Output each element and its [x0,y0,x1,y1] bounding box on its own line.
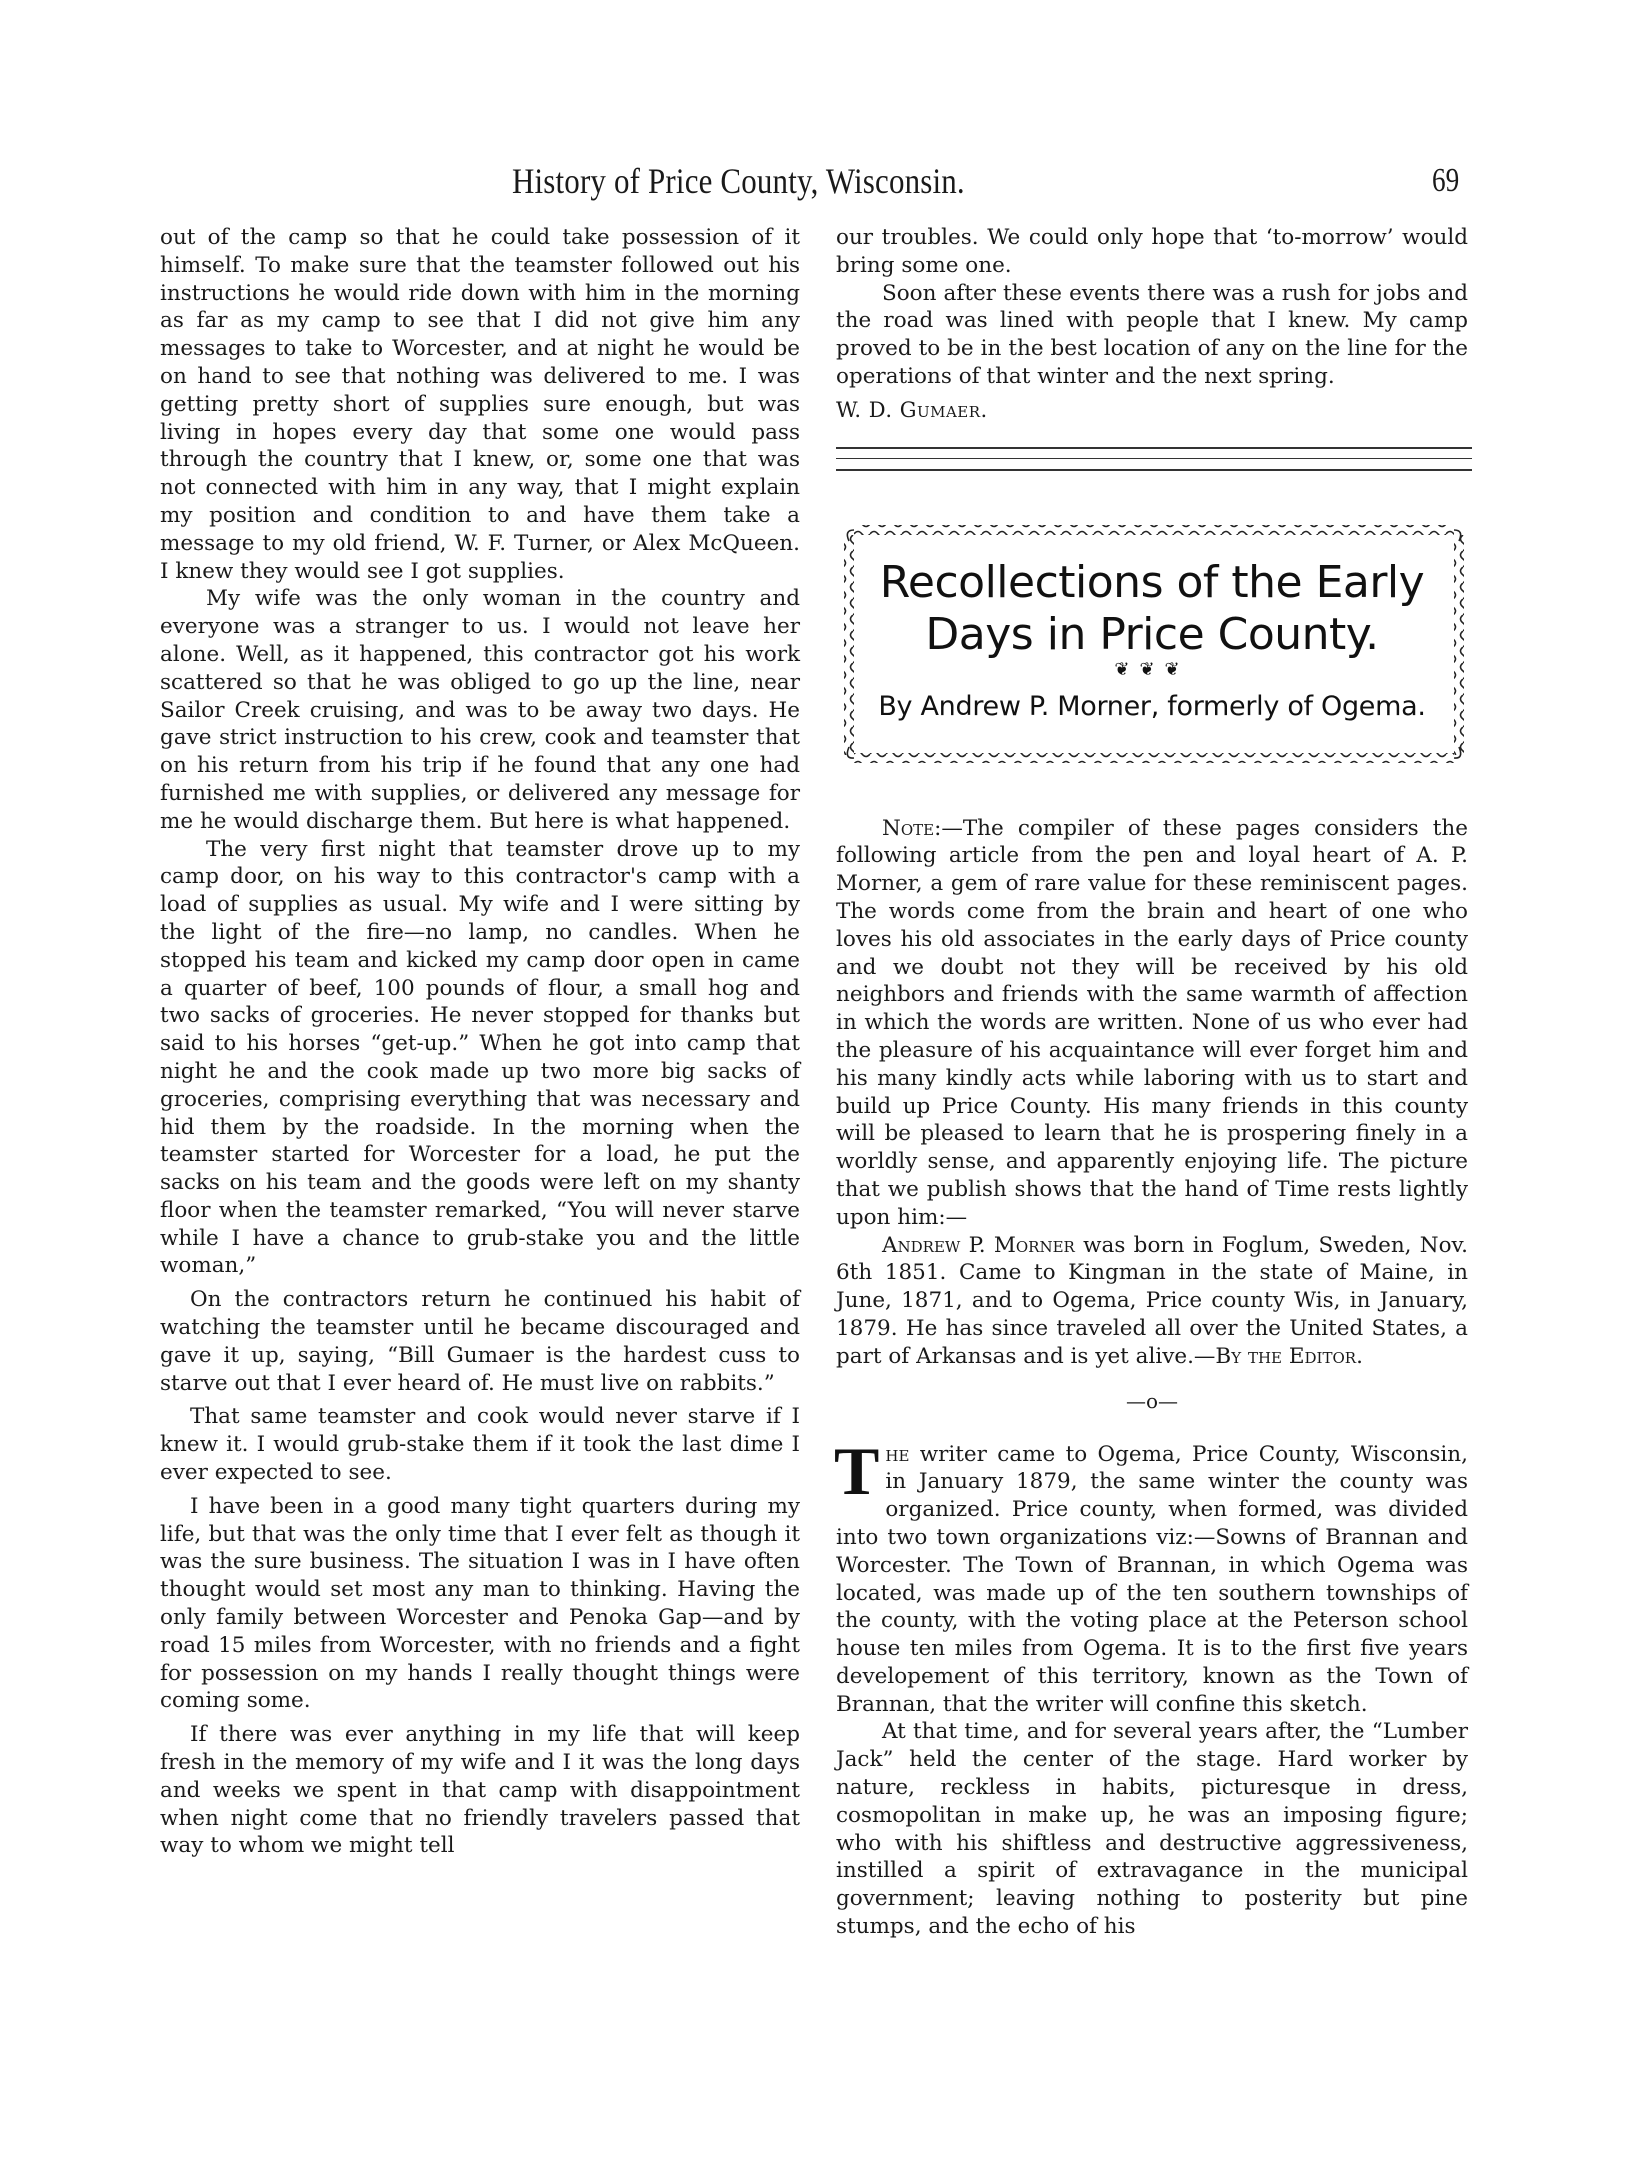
article-opening-paragraph: The writer came to Ogema, Price County, … [836,1441,1468,1719]
running-head: History of Price County, Wisconsin. 69 [0,160,1628,206]
article-title-line: Recollections of the Early [838,557,1466,609]
article-byline: By Andrew P. Morner, formerly of Ogema. [838,691,1466,722]
left-column: out of the camp so that he could take po… [160,224,800,1860]
paragraph: Soon after these events there was a rush… [836,280,1468,391]
paragraph: My wife was the only woman in the countr… [160,585,800,835]
paragraph: That same teamster and cook would never … [160,1403,800,1486]
right-column: our troubles. We could only hope that ‘t… [836,224,1468,1941]
drop-cap-continuation: he [885,1442,909,1467]
bio-name: Andrew P. Morner [882,1233,1075,1258]
paragraph: The very first night that teamster drove… [160,836,800,1281]
running-title: History of Price County, Wisconsin. [512,160,965,202]
rule-line [836,447,1472,449]
note-text: —The compiler of these pages considers t… [836,816,1468,1230]
paragraph-text: writer came to Ogema, Price County, Wisc… [836,1442,1468,1717]
section-divider-rules [836,447,1468,473]
paragraph: If there was ever anything in my life th… [160,1721,800,1860]
paragraph: On the contractors return he continued h… [160,1286,800,1397]
paragraph: out of the camp so that he could take po… [160,224,800,585]
fleuron-ornament-icon: ❦❦❦ [838,659,1466,680]
article-title-line: Days in Price County. [838,609,1466,661]
note-label: Note: [882,816,941,841]
rule-line [836,458,1472,459]
section-separator: —o— [836,1389,1468,1413]
article-title-box: Recollections of the Early Days in Price… [838,519,1466,771]
article-title: Recollections of the Early Days in Price… [838,557,1466,661]
rule-line [836,469,1472,471]
drop-cap: T [834,1445,879,1497]
paragraph: our troubles. We could only hope that ‘t… [836,224,1468,280]
page-number: 69 [1432,162,1459,200]
bio-credit: By the Editor. [1215,1344,1362,1369]
editor-note: Note:—The compiler of these pages consid… [836,815,1468,1232]
author-signature: W. D. Gumaer. [836,397,1468,425]
paragraph: I have been in a good many tight quarter… [160,1493,800,1715]
bio-paragraph: Andrew P. Morner was born in Foglum, Swe… [836,1232,1468,1371]
paragraph: At that time, and for several years afte… [836,1718,1468,1940]
